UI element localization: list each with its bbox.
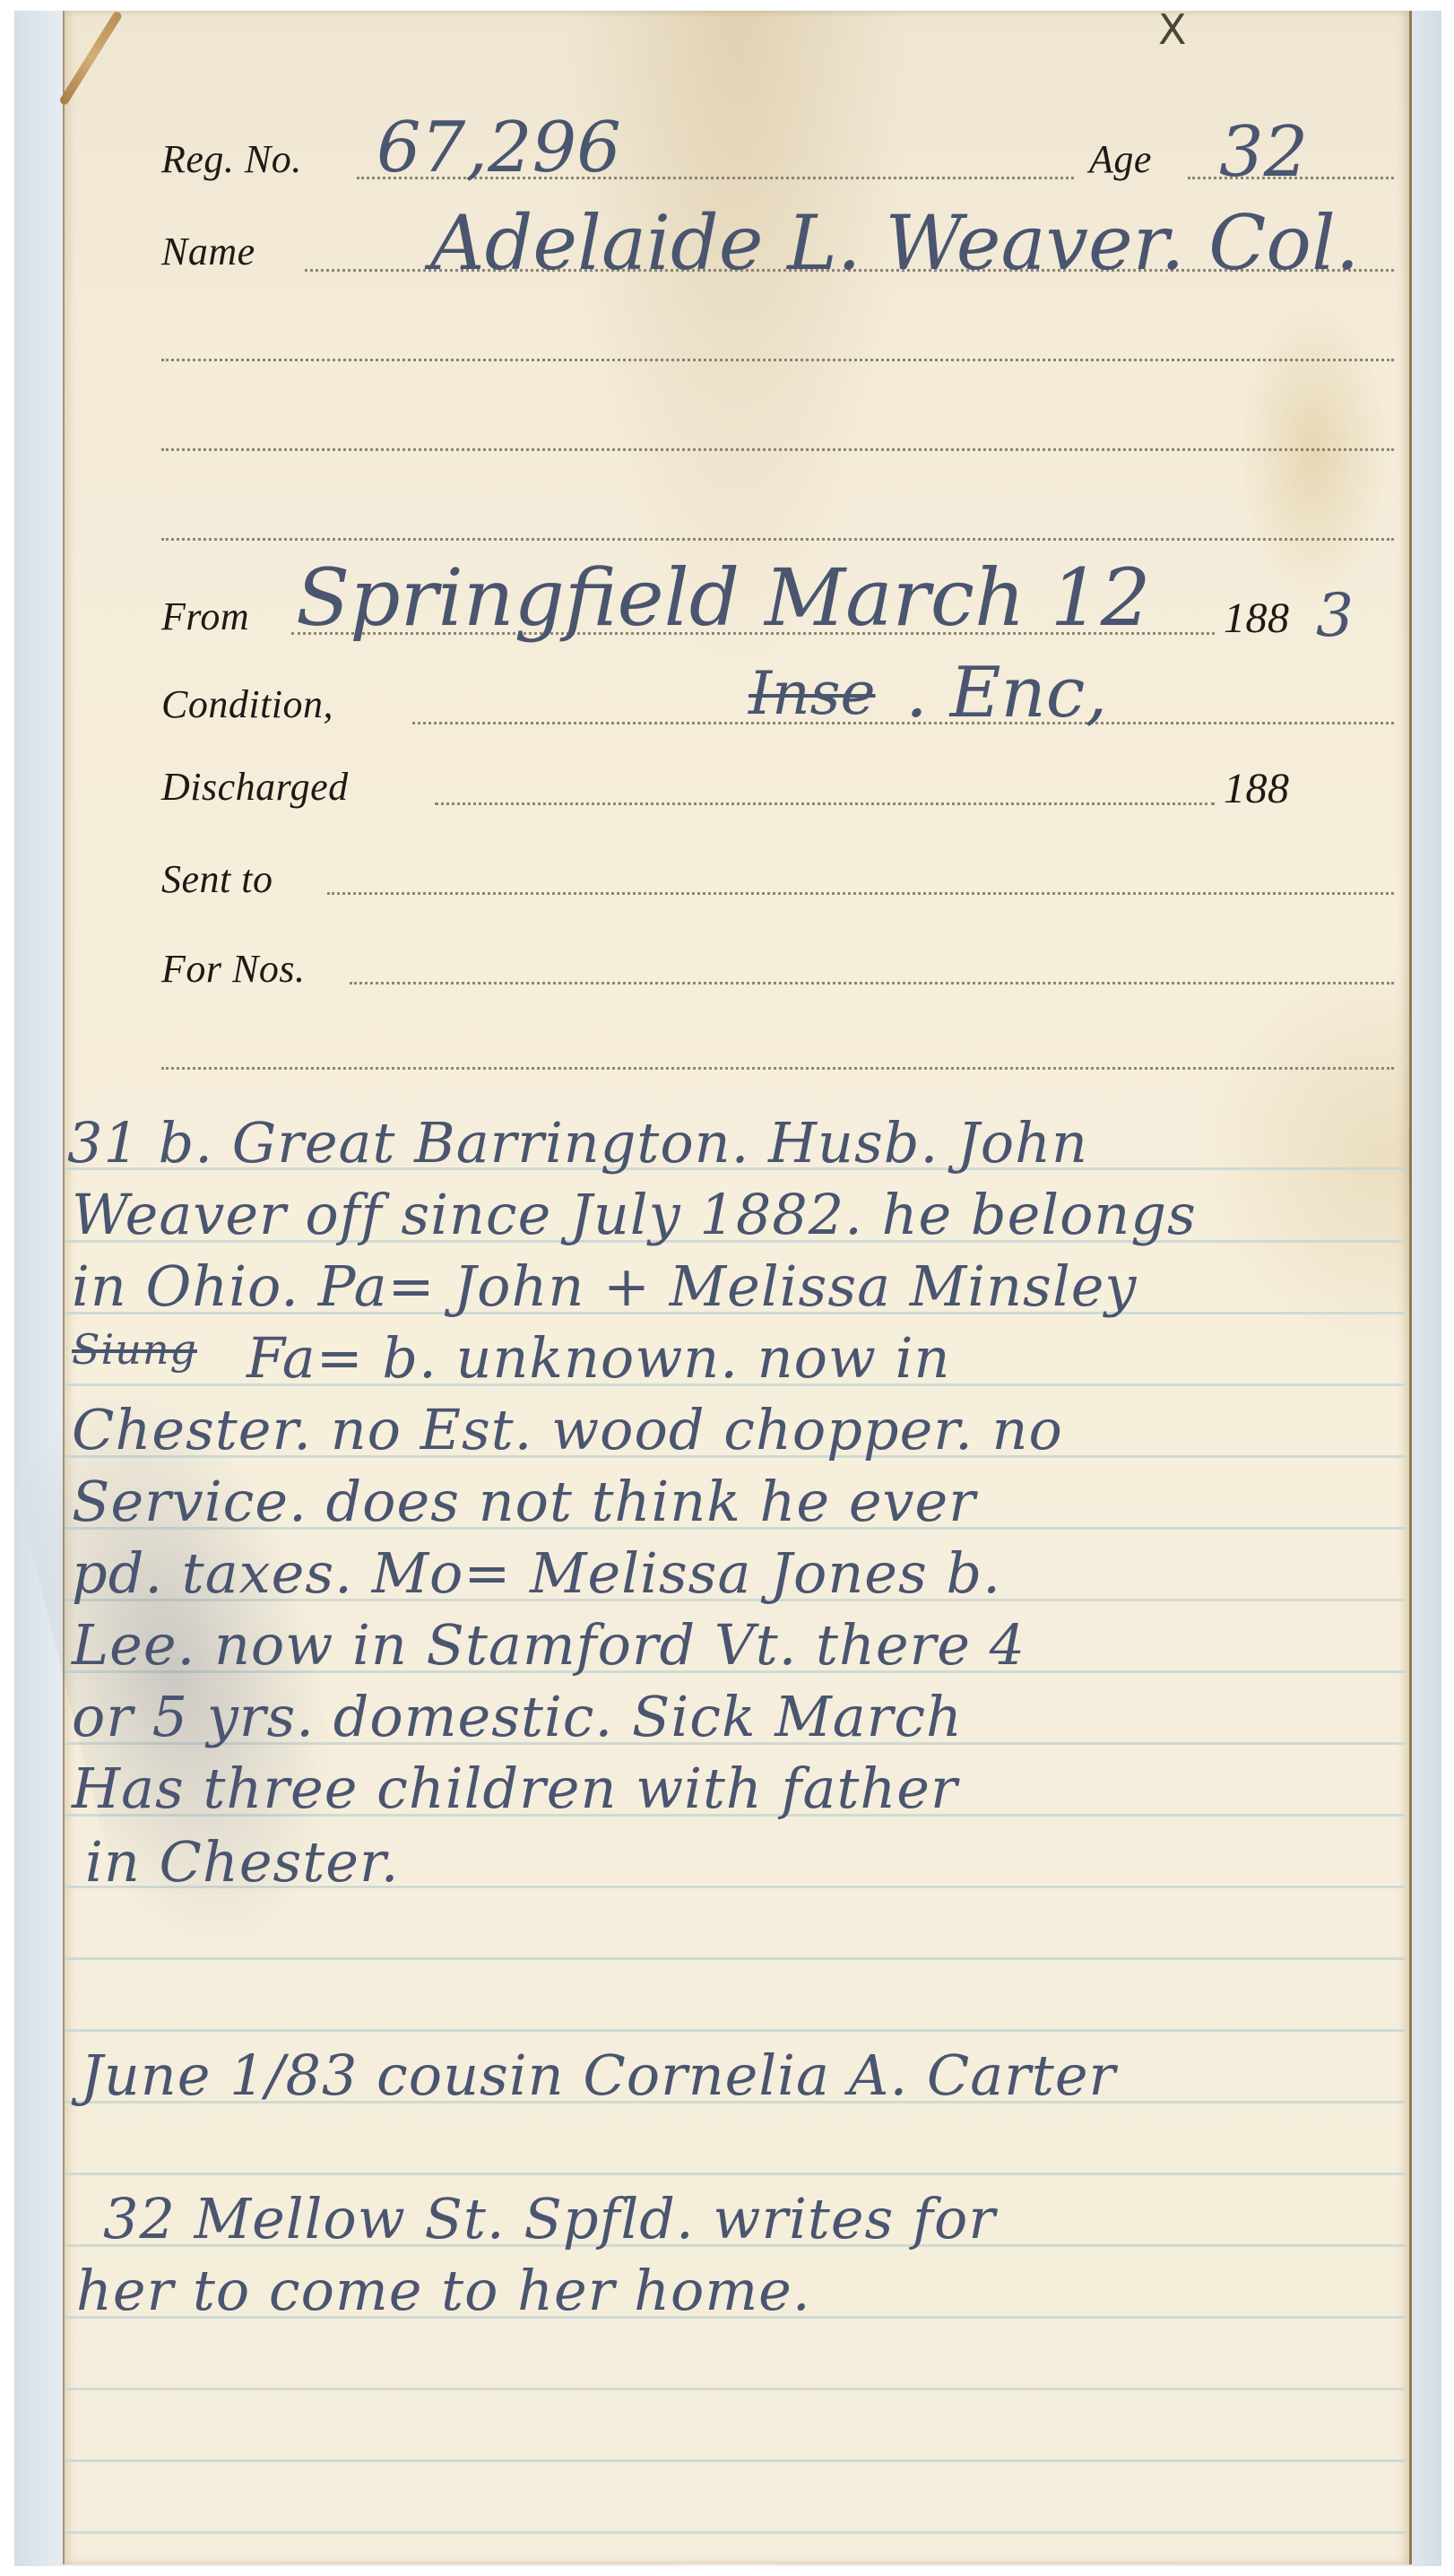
name-value: Adelaide L. Weaver. Col.	[430, 199, 1360, 287]
for-nos-line	[350, 982, 1394, 984]
from-year-handwritten: 3	[1316, 581, 1354, 650]
condition-value: . Enc,	[905, 653, 1107, 733]
corner-mark: X	[1158, 5, 1187, 54]
ruled-line	[65, 2388, 1406, 2390]
age-label: Age	[1089, 136, 1152, 182]
ruled-line	[65, 2459, 1406, 2462]
discharged-label: Discharged	[161, 764, 349, 810]
note-line: Weaver off since July 1882. he belongs	[72, 1182, 1197, 1247]
ruled-line	[65, 2531, 1406, 2534]
note-line: or 5 yrs. domestic. Sick March	[72, 1684, 963, 1749]
note-line: Lee. now in Stamford Vt. there 4	[72, 1612, 1026, 1678]
reg-no-label: Reg. No.	[161, 136, 302, 182]
blank-line-1	[161, 359, 1394, 361]
note-line: Chester. no Est. wood chopper. no	[72, 1397, 1063, 1462]
from-label: From	[161, 594, 249, 639]
blank-line-3	[161, 538, 1394, 541]
note-line: Service. does not think he ever	[72, 1469, 976, 1534]
note-line: Fa= b. unknown. now in	[247, 1325, 950, 1391]
sent-to-label: Sent to	[161, 856, 273, 902]
note-line: in Chester.	[85, 1829, 400, 1895]
struck-note-word: Siung	[72, 1325, 197, 1374]
for-nos-label: For Nos.	[161, 946, 305, 992]
followup-line: her to come to her home.	[76, 2258, 811, 2323]
water-stain	[1237, 305, 1389, 601]
age-value: 32	[1219, 112, 1308, 193]
condition-line	[412, 722, 1394, 724]
sent-to-line	[327, 892, 1394, 895]
blank-line-2	[161, 448, 1394, 451]
condition-label: Condition,	[161, 681, 333, 727]
note-line: pd. taxes. Mo= Melissa Jones b.	[72, 1540, 1001, 1606]
condition-struck-value: Inse	[749, 659, 876, 728]
ruled-line	[65, 2173, 1406, 2175]
followup-line: June 1/83 cousin Cornelia A. Carter	[81, 2043, 1116, 2108]
ruled-line	[65, 2029, 1406, 2032]
discharged-line	[435, 802, 1215, 805]
blank-line-4	[161, 1067, 1394, 1070]
followup-line: 32 Mellow St. Spfld. writes for	[103, 2186, 996, 2251]
note-line: in Ohio. Pa= John + Melissa Minsley	[72, 1253, 1137, 1319]
note-line: 31 b. Great Barrington. Husb. John	[67, 1110, 1088, 1175]
note-line: Has three children with father	[72, 1756, 958, 1821]
reg-no-value: 67,296	[376, 108, 621, 188]
from-value: Springfield March 12	[296, 551, 1151, 644]
from-year-printed: 188	[1224, 594, 1290, 643]
discharged-year-printed: 188	[1224, 764, 1290, 813]
name-label: Name	[161, 229, 255, 274]
